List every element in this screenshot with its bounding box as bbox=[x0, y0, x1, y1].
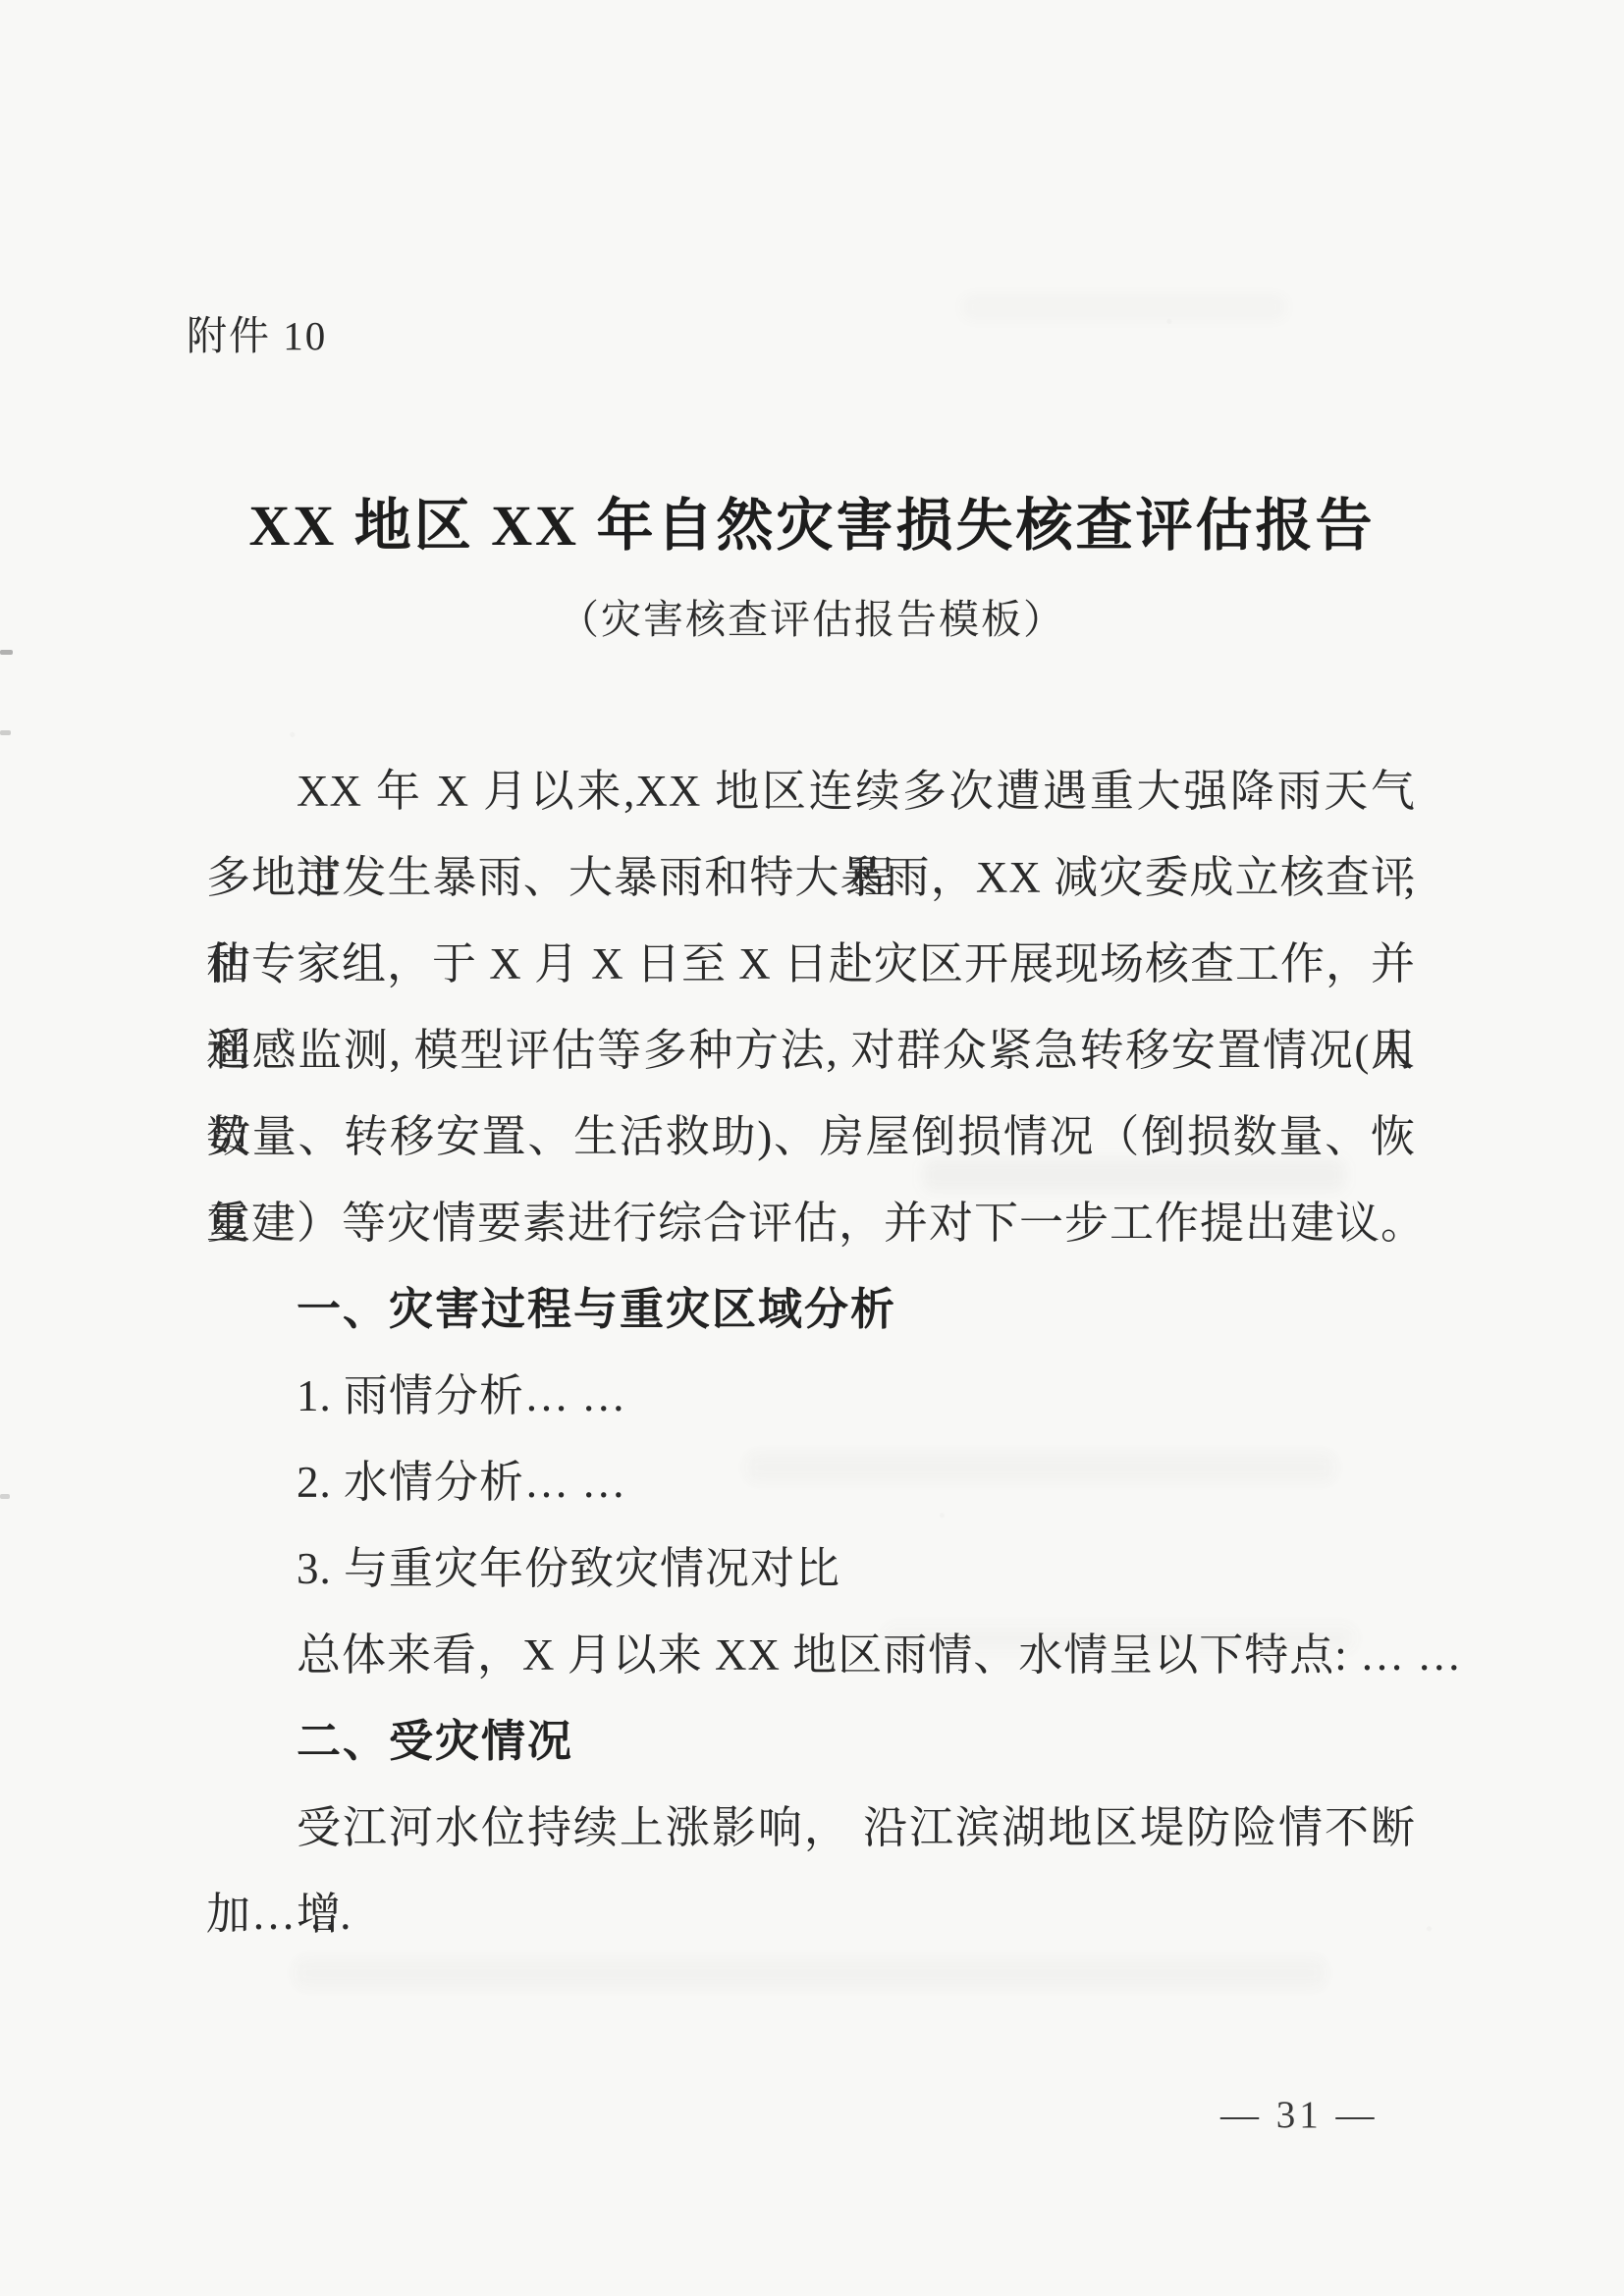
document-body: XX 年 X 月以来,XX 地区连续多次遭遇重大强降雨天气过程, 多地市发生暴雨… bbox=[206, 748, 1416, 1957]
intro-line: 和专家组，于 X 月 X 日至 X 日赴灾区开展现场核查工作，并利用 bbox=[206, 921, 1416, 1007]
section1-heading: 一、灾害过程与重灾区域分析 bbox=[206, 1266, 1416, 1353]
scan-artifact bbox=[746, 1453, 1335, 1482]
intro-line: XX 年 X 月以来,XX 地区连续多次遭遇重大强降雨天气过程, bbox=[206, 748, 1416, 834]
section2-line: 加… … bbox=[206, 1871, 1416, 1957]
intro-line: 遥感监测, 模型评估等多种方法, 对群众紧急转移安置情况(人员 bbox=[206, 1007, 1416, 1094]
document-title: XX 地区 XX 年自然灾害损失核查评估报告 bbox=[0, 479, 1624, 561]
document-page: 附件 10 XX 地区 XX 年自然灾害损失核查评估报告 （灾害核查评估报告模板… bbox=[0, 0, 1624, 2296]
scan-artifact bbox=[0, 650, 13, 655]
scan-artifact bbox=[923, 1158, 1345, 1192]
section2-heading: 二、受灾情况 bbox=[206, 1698, 1416, 1785]
section1-item: 3. 与重灾年份致灾情况对比 bbox=[206, 1525, 1416, 1612]
scan-artifact bbox=[0, 730, 11, 735]
intro-line: 重建）等灾情要素进行综合评估，并对下一步工作提出建议。 bbox=[206, 1180, 1416, 1266]
section2-line: 受江河水位持续上涨影响， 沿江滨湖地区堤防险情不断增 bbox=[206, 1785, 1416, 1871]
document-subtitle: （灾害核查评估报告模板） bbox=[0, 587, 1624, 645]
intro-line: 多地市发生暴雨、大暴雨和特大暴雨，XX 减灾委成立核查评估 bbox=[206, 834, 1416, 921]
scan-artifact bbox=[295, 1958, 1326, 1988]
page-number: — 31 — bbox=[1220, 2095, 1379, 2136]
scan-artifact bbox=[962, 294, 1286, 320]
attachment-label: 附件 10 bbox=[187, 312, 327, 360]
scan-artifact bbox=[0, 1494, 10, 1499]
scan-artifact bbox=[884, 1625, 1355, 1652]
section1-item: 1. 雨情分析… … bbox=[206, 1353, 1416, 1439]
